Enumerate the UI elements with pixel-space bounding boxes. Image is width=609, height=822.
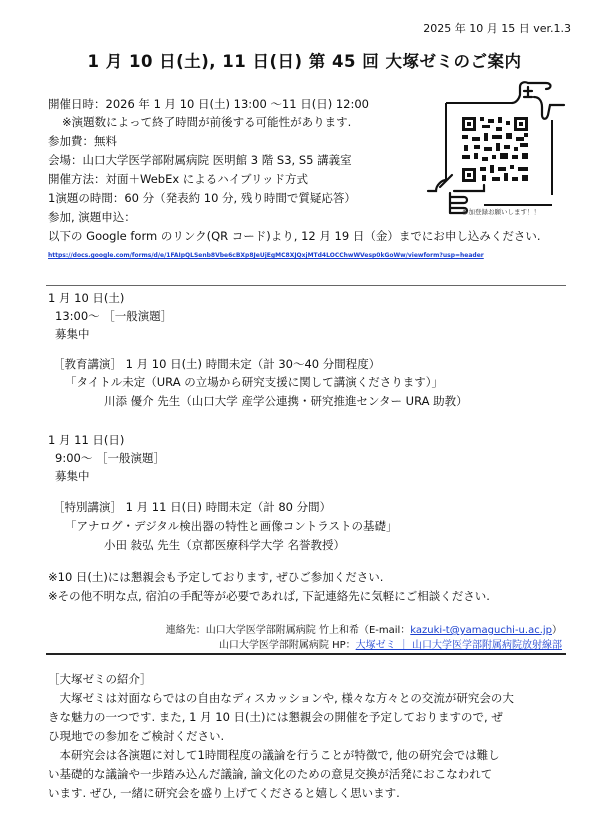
intro-line: 本研究会は各演題に対して1時間程度の議論を行うことが特徴で, 他の研究会では難し xyxy=(48,748,500,762)
day1-session-status: 募集中 xyxy=(55,327,90,341)
info-datetime-note: ※演題数によって終了時間が前後する可能性があります. xyxy=(62,115,351,129)
day2-session-status: 募集中 xyxy=(55,469,90,483)
info-method: 開催方法：対面＋WebEx によるハイブリッド方式 xyxy=(48,172,308,186)
intro-line: きな魅力の一つです. また, 1 月 10 日(土)には懇親会の開催を予定してお… xyxy=(48,710,503,724)
day2-date: 1 月 11 日(日) xyxy=(48,433,124,447)
note-reception: ※10 日(土)には懇親会も予定しております, ぜひご参加ください. xyxy=(48,570,383,584)
note-contact: ※その他不明な点, 宿泊の手配等が必要であれば, 下記連絡先に気軽にご相談くださ… xyxy=(48,589,490,603)
page-title: 1 月 10 日(土), 11 日(日) 第 45 回 大塚ゼミのご案内 xyxy=(0,48,609,72)
contact-line-1: 連絡先：山口大学医学部附属病院 竹上和希（E-mail：kazuki-t@yam… xyxy=(166,624,562,637)
divider-top xyxy=(46,285,566,286)
qr-caption: 参加登録お願いします！！ xyxy=(462,207,540,216)
day1-lecture-header: ［教育講演］ 1 月 10 日(土) 時間未定（計 30～40 分間程度） xyxy=(53,357,380,371)
day1-lecture-speaker: 川添 優介 先生（山口大学 産学公連携・研究推進センター URA 助教） xyxy=(104,394,468,408)
day2-lecture-header: ［特別講演］ 1 月 11 日(日) 時間未定（計 80 分間） xyxy=(53,500,331,514)
intro-line: い基礎的な議論や一歩踏み込んだ議論, 論文化のための意見交換が活発におこなわれて xyxy=(48,767,492,781)
intro-line: います. ぜひ, 一緒に研究会を盛り上げてくださると嬉しく思います. xyxy=(48,786,400,800)
day1-lecture-title: 「タイトル未定（URA の立場から研究支援に関して講演くださります）」 xyxy=(65,375,443,389)
info-fee: 参加費：無料 xyxy=(48,134,117,148)
info-venue: 会場：山口大学医学部附属病院 医明館 3 階 S3, S5 講義室 xyxy=(48,153,352,167)
email-link[interactable]: kazuki-t@yamaguchi-u.ac.jp xyxy=(410,625,552,636)
info-datetime: 開催日時：2026 年 1 月 10 日(土) 13:00 ～11 日(日) 1… xyxy=(48,97,369,111)
day2-session-time: 9:00～ ［一般演題］ xyxy=(55,451,165,465)
date-version: 2025 年 10 月 15 日 ver.1.3 xyxy=(423,20,571,36)
day1-session-time: 13:00～ ［一般演題］ xyxy=(55,309,172,323)
qr-code-frame[interactable] xyxy=(424,75,574,225)
hp-prefix: 山口大学医学部附属病院 HP： xyxy=(219,640,356,651)
intro-line: 大塚ゼミは対面ならではの自由なディスカッションや, 様々な方々との交流が研究会の… xyxy=(48,691,514,705)
contact-line-2: 山口大学医学部附属病院 HP：大塚ゼミ ｜ 山口大学医学部附属病院放射線部 xyxy=(219,639,562,652)
hp-link[interactable]: 大塚ゼミ ｜ 山口大学医学部附属病院放射線部 xyxy=(356,640,562,651)
day1-date: 1 月 10 日(土) xyxy=(48,291,124,305)
divider-contact xyxy=(46,653,566,655)
contact-prefix: 連絡先：山口大学医学部附属病院 竹上和希（E-mail： xyxy=(166,625,411,636)
info-apply-label: 参加, 演題申込： xyxy=(48,210,136,224)
contact-suffix: ） xyxy=(552,625,562,636)
qr-code-icon xyxy=(424,75,574,225)
day2-lecture-title: 「アナログ・デジタル検出器の特性と画像コントラストの基礎」 xyxy=(65,519,397,533)
day2-lecture-speaker: 小田 敍弘 先生（京都医療科学大学 名誉教授） xyxy=(104,538,345,552)
intro-line: ひ現地での参加をご検討ください. xyxy=(48,729,224,743)
google-form-link[interactable]: https://docs.google.com/forms/d/e/1FAIpQ… xyxy=(48,252,484,259)
info-duration: 1演題の時間：60 分（発表約 10 分, 残り時間で質疑応答） xyxy=(48,191,356,205)
intro-heading: ［大塚ゼミの紹介］ xyxy=(48,672,152,686)
info-apply-text: 以下の Google form のリンク(QR コード)より, 12 月 19 … xyxy=(48,229,540,243)
